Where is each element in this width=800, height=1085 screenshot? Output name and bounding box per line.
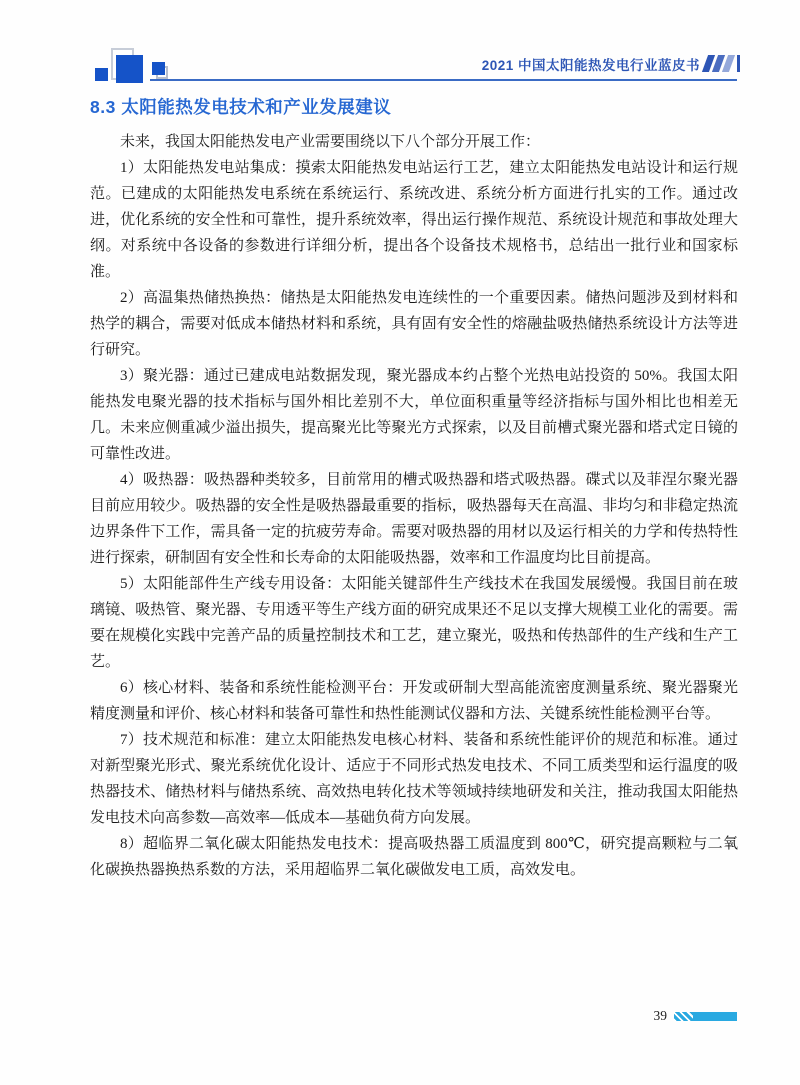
paragraph-1: 1）太阳能热发电站集成：摸索太阳能热发电站运行工艺，建立太阳能热发电站设计和运行…: [90, 155, 738, 285]
content: 8.3 太阳能热发电技术和产业发展建议 未来，我国太阳能热发电产业需要围绕以下八…: [0, 0, 800, 883]
paragraph-6: 6）核心材料、装备和系统性能检测平台：开发或研制大型高能流密度测量系统、聚光器聚…: [90, 675, 738, 727]
paragraph-5: 5）太阳能部件生产线专用设备：太阳能关键部件生产线技术在我国发展缓慢。我国目前在…: [90, 571, 738, 675]
footer-bar-icon: [674, 1012, 737, 1021]
page-number: 39: [654, 1008, 668, 1024]
section-heading: 8.3 太阳能热发电技术和产业发展建议: [90, 94, 738, 119]
paragraph-7: 7）技术规范和标准：建立太阳能热发电核心材料、装备和系统性能评价的规范和标准。通…: [90, 727, 738, 831]
paragraph-4: 4）吸热器：吸热器种类较多，目前常用的槽式吸热器和塔式吸热器。碟式以及菲涅尔聚光…: [90, 467, 738, 571]
page-footer: 39: [654, 1008, 738, 1024]
paragraph-2: 2）高温集热储热换热：储热是太阳能热发电连续性的一个重要因素。储热问题涉及到材料…: [90, 285, 738, 363]
footer-bar-hatch: [674, 1012, 693, 1021]
paragraph-8: 8）超临界二氧化碳太阳能热发电技术：提高吸热器工质温度到 800℃，研究提高颗粒…: [90, 831, 738, 883]
intro-paragraph: 未来，我国太阳能热发电产业需要围绕以下八个部分开展工作：: [90, 129, 738, 155]
paragraph-3: 3）聚光器：通过已建成电站数据发现，聚光器成本约占整个光热电站投资的 50%。我…: [90, 363, 738, 467]
document-page: 2021 中国太阳能热发电行业蓝皮书 8.3 太阳能热发电技术和产业发展建议 未…: [0, 0, 800, 1085]
